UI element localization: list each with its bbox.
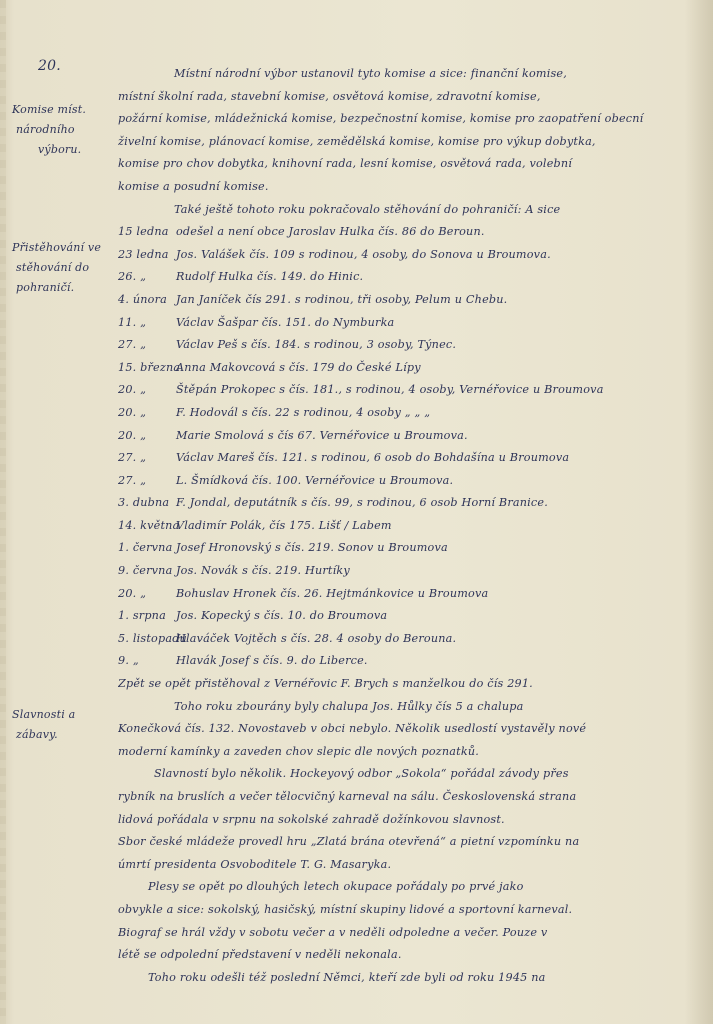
- entry-text: Rudolf Hulka čís. 149. do Hinic.: [176, 266, 363, 289]
- text-line: komise pro chov dobytka, knihovní rada, …: [118, 153, 683, 176]
- text-line: úmrtí presidenta Osvoboditele T. G. Masa…: [118, 854, 683, 877]
- text-line: létě se odpolední představení v neděli n…: [118, 944, 683, 967]
- margin-note-celebrations: Slavnosti a zábavy.: [12, 705, 98, 745]
- margin-note-relocation: Přistěhování ve stěhování do pohraničí.: [12, 238, 98, 298]
- page-number: 20.: [38, 58, 61, 74]
- entry-date: 20. „: [118, 583, 176, 606]
- text-line: komise a posudní komise.: [118, 176, 683, 199]
- entry-text: Bohuslav Hronek čís. 26. Hejtmánkovice u…: [176, 583, 488, 606]
- text-line: požární komise, mládežnická komise, bezp…: [118, 108, 683, 131]
- entry-text: Václav Šašpar čís. 151. do Nymburka: [176, 312, 394, 335]
- entry-date: 14. května: [118, 515, 176, 538]
- entry-date: 3. dubna: [118, 492, 176, 515]
- relocation-entry: 9. „Hlavák Josef s čís. 9. do Liberce.: [118, 650, 683, 673]
- text-line: rybník na bruslích a večer tělocvičný ka…: [118, 786, 683, 809]
- margin-note-line: národního: [12, 120, 98, 140]
- entry-date: 23 ledna: [118, 244, 176, 267]
- entry-date: 9. „: [118, 650, 176, 673]
- entry-date: 26. „: [118, 266, 176, 289]
- relocation-entry: 23 lednaJos. Valášek čís. 109 s rodinou,…: [118, 244, 683, 267]
- margin-note-committees: Komise míst. národního výboru.: [12, 100, 98, 160]
- entry-date: 1. června: [118, 537, 176, 560]
- relocation-entry: 27. „Václav Peš s čís. 184. s rodinou, 3…: [118, 334, 683, 357]
- text-line: obvykle a sice: sokolský, hasičský, míst…: [118, 899, 683, 922]
- entry-text: Jos. Kopecký s čís. 10. do Broumova: [176, 605, 387, 628]
- entry-text: Jos. Novák s čís. 219. Hurtíky: [176, 560, 350, 583]
- return-line: Zpět se opět přistěhoval z Vernéřovic F.…: [118, 673, 683, 696]
- entry-date: 11. „: [118, 312, 176, 335]
- text-line: živelní komise, plánovací komise, zemědě…: [118, 131, 683, 154]
- margin-note-line: výboru.: [12, 140, 98, 160]
- relocation-entry: 20. „F. Hodovál s čís. 22 s rodinou, 4 o…: [118, 402, 683, 425]
- text-line: Místní národní výbor ustanovil tyto komi…: [118, 63, 683, 86]
- relocation-intro: Také ještě tohoto roku pokračovalo stěho…: [118, 199, 683, 222]
- margin-note-line: zábavy.: [12, 725, 98, 745]
- relocation-entry: 1. srpnaJos. Kopecký s čís. 10. do Broum…: [118, 605, 683, 628]
- entry-text: Jan Janíček čís 291. s rodinou, tři osob…: [176, 289, 507, 312]
- margin-note-line: Přistěhování ve: [12, 238, 98, 258]
- relocation-entry: 15. březnaAnna Makovcová s čís. 179 do Č…: [118, 357, 683, 380]
- text-line: Plesy se opět po dlouhých letech okupace…: [118, 876, 683, 899]
- entry-text: F. Hodovál s čís. 22 s rodinou, 4 osoby …: [176, 402, 430, 425]
- entry-text: Marie Smolová s čís 67. Vernéřovice u Br…: [176, 425, 468, 448]
- entry-text: Hlaváček Vojtěch s čís. 28. 4 osoby do B…: [176, 628, 456, 651]
- entry-date: 20. „: [118, 379, 176, 402]
- relocation-entry: 3. dubnaF. Jondal, deputátník s čís. 99,…: [118, 492, 683, 515]
- entry-date: 4. února: [118, 289, 176, 312]
- text-line: Biograf se hrál vždy v sobotu večer a v …: [118, 922, 683, 945]
- entry-text: Anna Makovcová s čís. 179 do České Lípy: [176, 357, 421, 380]
- relocation-entry: 27. „Václav Mareš čís. 121. s rodinou, 6…: [118, 447, 683, 470]
- entry-date: 27. „: [118, 470, 176, 493]
- text-line: lidová pořádala v srpnu na sokolské zahr…: [118, 809, 683, 832]
- relocation-entry: 5. listopaduHlaváček Vojtěch s čís. 28. …: [118, 628, 683, 651]
- entry-date: 1. srpna: [118, 605, 176, 628]
- entry-text: L. Šmídková čís. 100. Vernéřovice u Brou…: [176, 470, 453, 493]
- margin-note-line: pohraničí.: [12, 278, 98, 298]
- entry-text: Václav Mareš čís. 121. s rodinou, 6 osob…: [176, 447, 569, 470]
- entry-date: 5. listopadu: [118, 628, 176, 651]
- relocation-entry: 1. červnaJosef Hronovský s čís. 219. Son…: [118, 537, 683, 560]
- relocation-entry: 20. „Marie Smolová s čís 67. Vernéřovice…: [118, 425, 683, 448]
- entry-date: 20. „: [118, 402, 176, 425]
- entry-text: Josef Hronovský s čís. 219. Sonov u Brou…: [176, 537, 448, 560]
- relocation-entry: 11. „Václav Šašpar čís. 151. do Nymburka: [118, 312, 683, 335]
- chronicle-page: 20. Komise míst. národního výboru. Přist…: [0, 0, 713, 1024]
- text-line: Slavností bylo několik. Hockeyový odbor …: [118, 763, 683, 786]
- entry-text: Hlavák Josef s čís. 9. do Liberce.: [176, 650, 368, 673]
- entry-text: F. Jondal, deputátník s čís. 99, s rodin…: [176, 492, 548, 515]
- relocation-entry: 14. květnaVladimír Polák, čís 175. Lišť …: [118, 515, 683, 538]
- relocation-entry: 4. únoraJan Janíček čís 291. s rodinou, …: [118, 289, 683, 312]
- entry-text: Vladimír Polák, čís 175. Lišť / Labem: [176, 515, 392, 538]
- relocation-entry: 9. červnaJos. Novák s čís. 219. Hurtíky: [118, 560, 683, 583]
- entry-text: Štěpán Prokopec s čís. 181., s rodinou, …: [176, 379, 604, 402]
- entry-date: 27. „: [118, 334, 176, 357]
- margin-note-line: Komise míst.: [12, 100, 98, 120]
- text-line: Toho roku odešli též poslední Němci, kte…: [118, 967, 683, 990]
- relocation-entry: 26. „Rudolf Hulka čís. 149. do Hinic.: [118, 266, 683, 289]
- text-line: Konečková čís. 132. Novostaveb v obci ne…: [118, 718, 683, 741]
- entry-date: 27. „: [118, 447, 176, 470]
- relocation-entry: 20. „Bohuslav Hronek čís. 26. Hejtmánkov…: [118, 583, 683, 606]
- chronicle-body: Místní národní výbor ustanovil tyto komi…: [118, 63, 683, 989]
- relocation-entry: 27. „L. Šmídková čís. 100. Vernéřovice u…: [118, 470, 683, 493]
- entry-text: Jos. Valášek čís. 109 s rodinou, 4 osoby…: [176, 244, 551, 267]
- relocation-entry: 15 lednaodešel a není obce Jaroslav Hulk…: [118, 221, 683, 244]
- text-line: moderní kamínky a zaveden chov slepic dl…: [118, 741, 683, 764]
- entry-text: odešel a není obce Jaroslav Hulka čís. 8…: [176, 221, 485, 244]
- relocation-entry: 20. „Štěpán Prokopec s čís. 181., s rodi…: [118, 379, 683, 402]
- text-line: místní školní rada, stavební komise, osv…: [118, 86, 683, 109]
- margin-note-line: Slavnosti a: [12, 705, 98, 725]
- entry-text: Václav Peš s čís. 184. s rodinou, 3 osob…: [176, 334, 456, 357]
- entry-date: 9. června: [118, 560, 176, 583]
- text-line: Toho roku zbourány byly chalupa Jos. Hůl…: [118, 696, 683, 719]
- margin-note-line: stěhování do: [12, 258, 98, 278]
- entry-date: 15. března: [118, 357, 176, 380]
- entry-date: 20. „: [118, 425, 176, 448]
- text-line: Sbor české mládeže provedl hru „Zlatá br…: [118, 831, 683, 854]
- entry-date: 15 ledna: [118, 221, 176, 244]
